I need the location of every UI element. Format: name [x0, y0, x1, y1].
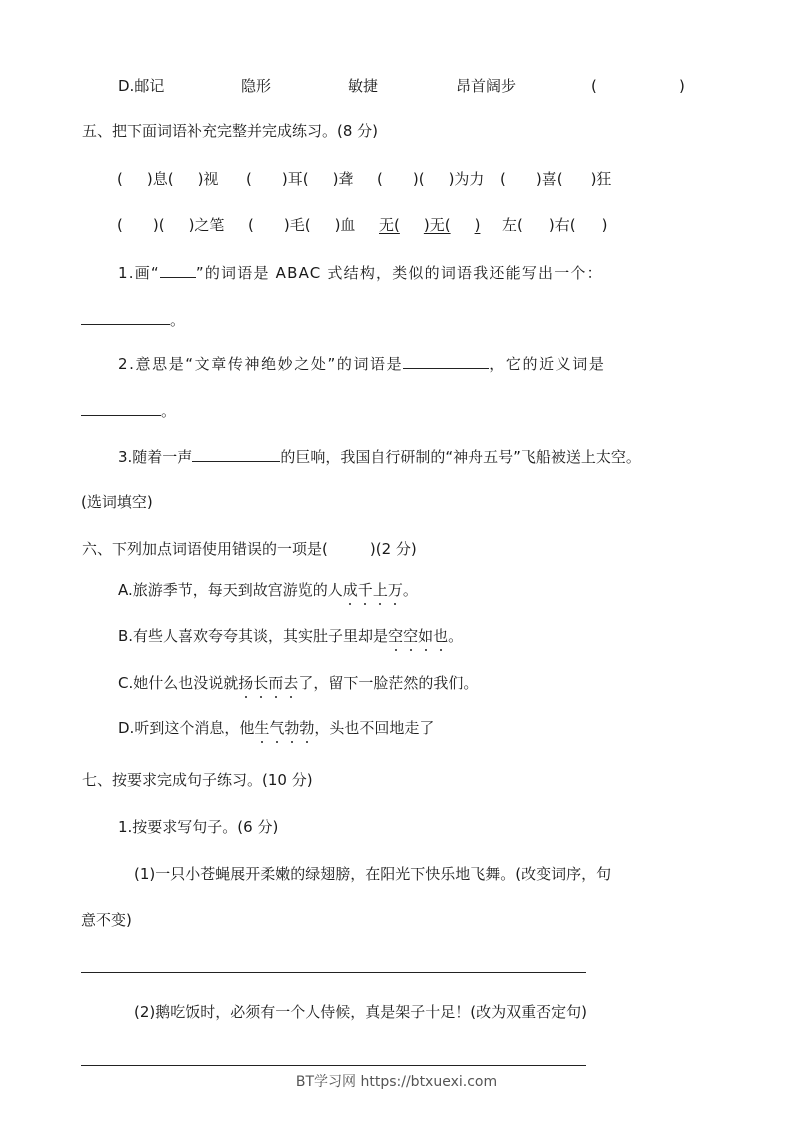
idiom-6[interactable]: ()毛()血	[248, 216, 355, 234]
idiom-3[interactable]: ()()为力	[377, 170, 484, 188]
idiom-5[interactable]: ()()之笔	[117, 216, 224, 234]
q1-answer-blank[interactable]	[81, 310, 170, 325]
option-a[interactable]: A.旅游季节，每天到故宫游览的人成千上万。	[118, 580, 418, 600]
answer-paren-open: (	[591, 76, 597, 96]
word-2: 敏捷	[348, 76, 378, 96]
item2-answer-line[interactable]	[81, 1065, 586, 1066]
question-2: 2.意思是“文章传神绝妙之处”的词语是，它的近义词是	[118, 354, 605, 374]
word-1: 隐形	[241, 76, 271, 96]
question-1: 1.画“”的词语是 ABAC 式结构，类似的词语我还能写出一个：	[118, 263, 603, 283]
q2-synonym-blank[interactable]	[81, 401, 161, 416]
item1-line1: (1)一只小苍蝇展开柔嫩的绿翅膀，在阳光下快乐地飞舞。(改变词序，句	[134, 864, 611, 884]
q2-answer: 。	[81, 401, 176, 421]
footer-watermark: BT学习网 https://btxuexi.com	[0, 1071, 793, 1091]
option-d[interactable]: D.听到这个消息，他生气勃勃，头也不回地走了	[118, 718, 434, 738]
option-d-row: D.邮记	[118, 76, 164, 96]
q3-note: (选词填空)	[81, 492, 153, 512]
idiom-1[interactable]: ()息()视	[117, 170, 218, 188]
section6-title: 六、下列加点词语使用错误的一项是()(2 分)	[82, 539, 417, 559]
option-b[interactable]: B.有些人喜欢夸夸其谈，其实肚子里却是空空如也。	[118, 626, 463, 646]
q1-answer: 。	[81, 310, 185, 330]
q3-blank[interactable]	[192, 447, 280, 462]
idiom-4[interactable]: ()喜()狂	[500, 170, 611, 188]
item1-line2: 意不变)	[81, 910, 132, 930]
item2: (2)鹅吃饭时，必须有一个人侍候，真是架子十足！(改为双重否定句)	[134, 1002, 587, 1022]
question-3: 3.随着一声的巨响，我国自行研制的“神舟五号”飞船被送上太空。	[118, 447, 641, 467]
section7-sub1: 1.按要求写句子。(6 分)	[118, 817, 278, 837]
idiom-8[interactable]: 左()右()	[502, 216, 607, 234]
idiom-7-underlined[interactable]: 无()无()	[379, 216, 480, 234]
item1-answer-line[interactable]	[81, 972, 586, 973]
section5-title: 五、把下面词语补充完整并完成练习。(8 分)	[82, 121, 378, 141]
option-c[interactable]: C.她什么也没说就扬长而去了，留下一脸茫然的我们。	[118, 673, 478, 693]
idiom-2[interactable]: ()耳()聋	[246, 170, 353, 188]
section7-title: 七、按要求完成句子练习。(10 分)	[82, 770, 313, 790]
word-3: 昂首阔步	[456, 76, 516, 96]
option-d-label: D.邮记	[118, 77, 164, 95]
q2-word-blank[interactable]	[403, 354, 489, 369]
answer-paren-close: )	[679, 76, 685, 96]
q1-underline-blank[interactable]	[160, 263, 196, 278]
idiom-row-2: ()()之笔 ()毛()血 无()无() 左()右()	[117, 215, 607, 235]
idiom-row-1: ()息()视 ()耳()聋 ()()为力 ()喜()狂	[117, 169, 611, 189]
